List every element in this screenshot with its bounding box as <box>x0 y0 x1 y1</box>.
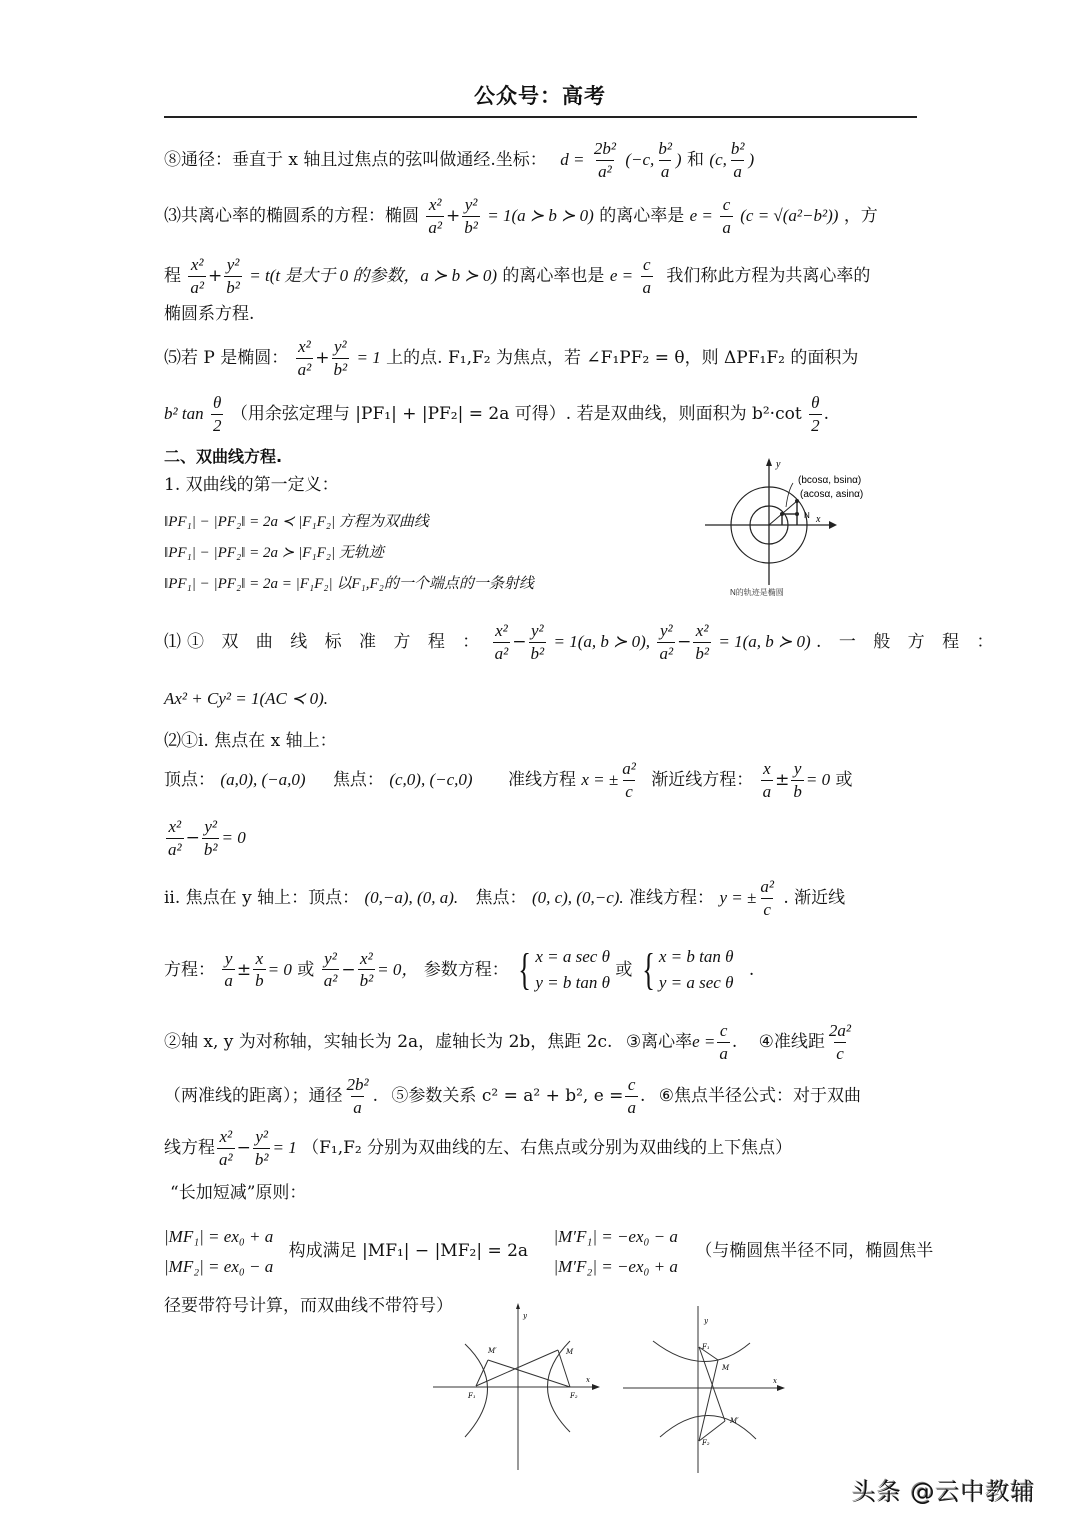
first-definition-row-2: ‖PF₁| − |PF₂‖ = 2a ≻ |F₁F₂| 无轨迹 <box>164 546 384 561</box>
param-system-2: {x = b tan θy = a sec θ <box>638 944 734 997</box>
svg-text:x: x <box>773 1377 777 1385</box>
svg-text:y: y <box>522 1312 528 1320</box>
properties-line-2: （两准线的距离）；通径2b²a. ⑤参数关系 c² = a² + b², e =… <box>164 1076 861 1117</box>
latus-rectum-label: ⑧通径：垂直于 x 轴且过焦点的弦叫做通经.坐标： <box>164 150 547 170</box>
focus-y-line-2: 方程： ya±xb= 0 或 y²a²−x²b²= 0， 参数方程： {x = … <box>164 944 754 997</box>
focus-x-title: ⑵①i. 焦点在 x 轴上： <box>164 733 337 750</box>
svg-text:(acosα, asinα): (acosα, asinα) <box>800 489 863 500</box>
focal-radius-formulas: |MF₁| = ex₀ + a|MF₂| = ex₀ − a 构成满足 |MF₁… <box>164 1222 933 1282</box>
focus-x-line: 顶点： (a,0), (−a,0) 焦点： (c,0), (−c,0) 准线方程… <box>164 760 853 801</box>
focal-triangle-line-1: ⑸若 P 是椭圆： x²a²+y²b² = 1 上的点. F₁,F₂ 为焦点，若… <box>164 338 858 379</box>
fraction: 2b²a² <box>592 140 618 181</box>
svg-text:(bcosα, bsinα): (bcosα, bsinα) <box>798 475 861 486</box>
d-eq: d = <box>560 150 584 169</box>
header-divider <box>164 116 917 118</box>
first-definition-title: 1. 双曲线的第一定义： <box>164 477 339 494</box>
general-equation-line: Ax² + Cy² = 1(AC ≺ 0). <box>164 690 328 707</box>
svg-text:M′: M′ <box>487 1347 497 1355</box>
svg-text:F₂: F₂ <box>701 1439 710 1447</box>
first-definition-row-3: ‖PF₁| − |PF₂‖ = 2a = |F₁F₂| 以F₁,F₂的一个端点的… <box>164 577 534 592</box>
hyperbola-y-figure: y x F₁ F₂ M M′ <box>620 1303 800 1478</box>
svg-text:M′: M′ <box>729 1417 739 1425</box>
svg-text:y: y <box>775 459 781 470</box>
document-page: 公众号：高考 ⑧通径：垂直于 x 轴且过焦点的弦叫做通经.坐标： d = 2b²… <box>0 0 1080 1528</box>
focal-radius-right: |M′F₁| = −ex₀ − a|M′F₂| = −ex₀ + a <box>553 1222 677 1282</box>
latus-rectum-line: ⑧通径：垂直于 x 轴且过焦点的弦叫做通经.坐标： d = 2b²a² (−c,… <box>164 140 754 181</box>
first-definition-row-1: ‖PF₁| − |PF₂‖ = 2a ≺ |F₁F₂| 方程为双曲线 <box>164 515 429 530</box>
watermark: 头条 @云中教辅 <box>852 1472 1036 1507</box>
hyperbola-x-figure: y x F₁ F₂ M M′ <box>430 1300 610 1475</box>
svg-text:x: x <box>815 514 821 525</box>
long-add-short-subtract-rule: “长加短减”原则： <box>170 1185 306 1202</box>
focus-y-line-1: ii. 焦点在 y 轴上：顶点： (0,−a), (0, a). 焦点： (0,… <box>164 878 845 919</box>
ellipse-parametric-figure: y x N (bcosα, bsinα) (acosα, asinα) N的轨迹… <box>700 455 890 605</box>
properties-line-3: 线方程x²a²−y²b²= 1 （F₁,F₂ 分别为双曲线的左、右焦点或分别为双… <box>164 1128 792 1169</box>
focal-triangle-line-2: b² tan θ2 （用余弦定理与 |PF₁| + |PF₂| = 2a 可得）… <box>164 394 829 435</box>
section-heading-hyperbola: 二、双曲线方程. <box>164 449 282 465</box>
svg-text:y: y <box>703 1317 709 1325</box>
svg-text:F₂: F₂ <box>569 1392 578 1400</box>
properties-line-1: ②轴 x, y 为对称轴，实轴长为 2a，虚轴长为 2b，焦距 2c. ③离心率… <box>164 1022 855 1063</box>
focal-radius-note-2: 径要带符号计算，而双曲线不带符号） <box>164 1298 453 1315</box>
svg-text:M: M <box>565 1348 574 1356</box>
focal-radius-left: |MF₁| = ex₀ + a|MF₂| = ex₀ − a <box>164 1222 273 1282</box>
same-eccentricity-line-3: 椭圆系方程. <box>164 306 254 323</box>
svg-text:x: x <box>586 1376 590 1384</box>
svg-text:N: N <box>804 511 810 520</box>
svg-text:M: M <box>721 1364 730 1372</box>
same-eccentricity-line-1: ⑶共离心率的椭圆系的方程：椭圆 x²a²+y²b² = 1(a ≻ b ≻ 0)… <box>164 196 878 237</box>
standard-equation-line-1: ⑴① 双 曲 线 标 准 方 程 ： x²a²−y²b² = 1(a, b ≻ … <box>164 622 999 663</box>
focus-x-asymptote-alt: x²a²−y²b²= 0 <box>164 818 246 859</box>
svg-text:F₁: F₁ <box>701 1343 710 1351</box>
svg-text:F₁: F₁ <box>467 1392 476 1400</box>
same-eccentricity-line-2: 程 x²a²+y²b² = t(t 是大于 0 的参数，a ≻ b ≻ 0) 的… <box>164 256 870 297</box>
param-system-1: {x = a sec θy = b tan θ <box>514 944 610 997</box>
page-header-title: 公众号：高考 <box>0 80 1080 110</box>
svg-text:N的轨迹是椭圆: N的轨迹是椭圆 <box>730 587 784 597</box>
